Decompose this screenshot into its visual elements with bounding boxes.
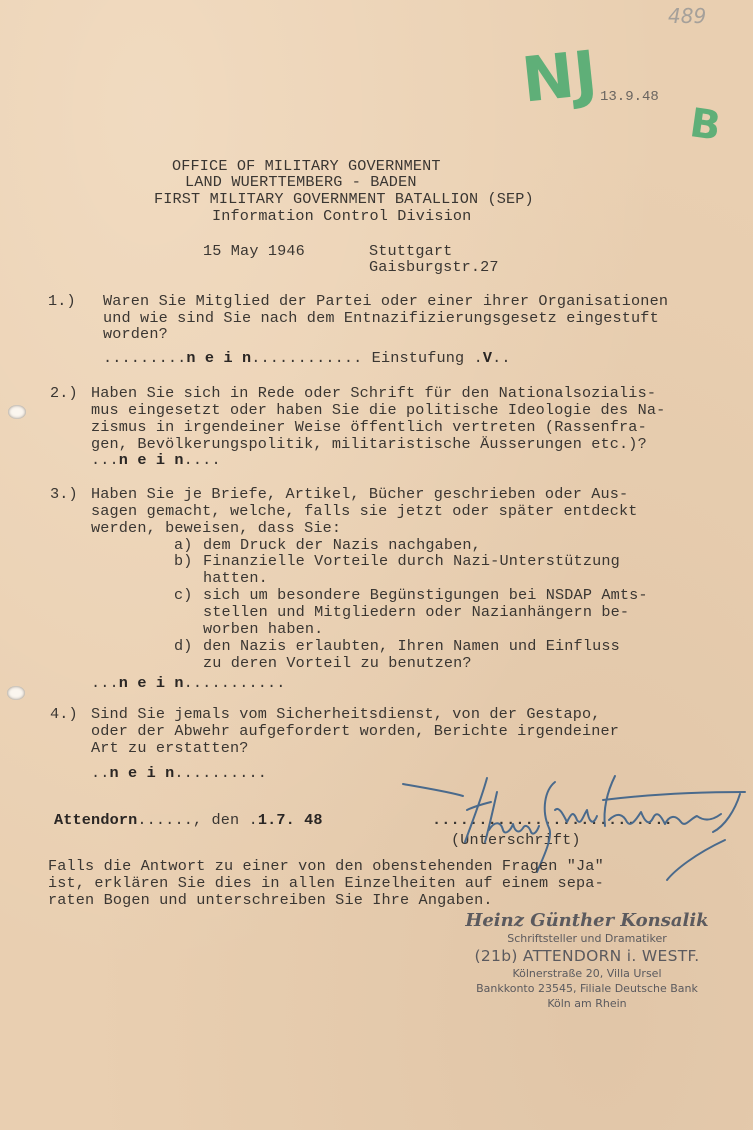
question-1-text: und wie sind Sie nach dem Entnazifizieru…: [103, 310, 659, 326]
stamp-street: Kölnerstraße 20, Villa Ursel: [462, 967, 712, 980]
header-city: Stuttgart: [369, 243, 452, 259]
received-date-stamp: 13.9.48: [600, 89, 659, 105]
header-land: LAND WUERTTEMBERG - BADEN: [185, 174, 417, 190]
question-4-text: Sind Sie jemals vom Sicherheitsdienst, v…: [91, 706, 601, 722]
question-4-answer-line: ..n e i n..........: [91, 765, 267, 781]
stamp-city: (21b) ATTENDORN i. WESTF.: [462, 947, 712, 965]
question-3-number: 3.): [50, 486, 78, 502]
question-3-text: sagen gemacht, welche, falls sie jetzt o…: [91, 503, 638, 519]
header-office: OFFICE OF MILITARY GOVERNMENT: [172, 158, 441, 174]
question-2-answer-line: ...n e i n....: [91, 452, 221, 468]
question-3-answer: n e i n: [119, 674, 184, 692]
question-3c-text: stellen und Mitgliedern oder Nazianhänge…: [203, 604, 629, 620]
question-2-text: Haben Sie sich in Rede oder Schrift für …: [91, 385, 656, 401]
pencil-archive-number: 489: [668, 4, 706, 28]
punch-hole-top: [8, 405, 26, 419]
question-1-answer-line: .........n e i n............ Einstufung …: [103, 350, 511, 366]
green-mark: B: [687, 100, 724, 150]
question-1-text: Waren Sie Mitglied der Partei oder einer…: [103, 293, 668, 309]
question-3b-label: b): [174, 553, 193, 569]
header-address: Gaisburgstr.27: [369, 259, 499, 275]
question-1-text: worden?: [103, 326, 168, 342]
footer-instruction: ist, erklären Sie dies in allen Einzelhe…: [48, 875, 604, 891]
question-3d-text: den Nazis erlaubten, Ihren Namen und Ein…: [203, 638, 620, 654]
question-1-classification: V: [483, 349, 492, 367]
question-2-text: zismus in irgendeiner Weise öffentlich v…: [91, 419, 647, 435]
stamp-bank: Bankkonto 23545, Filiale Deutsche Bank: [462, 982, 712, 995]
header-date: 15 May 1946: [203, 243, 305, 259]
question-1-answer: n e i n: [186, 349, 251, 367]
question-3-text: werden, beweisen, dass Sie:: [91, 520, 341, 536]
signing-date: 1.7.: [258, 811, 295, 829]
question-3b-text: hatten.: [203, 570, 268, 586]
stamp-name: Heinz Günther Konsalik: [462, 910, 712, 931]
question-2-number: 2.): [50, 385, 78, 401]
author-stamp: Heinz Günther Konsalik Schriftsteller un…: [462, 910, 712, 1010]
question-2-text: gen, Bevölkerungspolitik, militaristisch…: [91, 436, 647, 452]
signing-year: 48: [304, 811, 323, 829]
footer-instruction: Falls die Antwort zu einer von den obens…: [48, 858, 604, 874]
question-3a-label: a): [174, 537, 193, 553]
punch-hole-bottom: [7, 686, 25, 700]
question-3c-text: sich um besondere Begünstigungen bei NSD…: [203, 587, 648, 603]
question-3c-label: c): [174, 587, 193, 603]
question-2-answer: n e i n: [119, 451, 184, 469]
question-4-answer: n e i n: [110, 764, 175, 782]
question-3-text: Haben Sie je Briefe, Artikel, Bücher ges…: [91, 486, 628, 502]
question-3b-text: Finanzielle Vorteile durch Nazi-Unterstü…: [203, 553, 620, 569]
question-4-number: 4.): [50, 706, 78, 722]
question-2-text: mus eingesetzt oder haben Sie die politi…: [91, 402, 665, 418]
stamp-profession: Schriftsteller und Dramatiker: [462, 932, 712, 945]
question-4-text: Art zu erstatten?: [91, 740, 249, 756]
signing-place: Attendorn: [54, 811, 137, 829]
question-3-answer-line: ...n e i n...........: [91, 675, 286, 691]
question-4-text: oder der Abwehr aufgefordert worden, Ber…: [91, 723, 619, 739]
question-3d-label: d): [174, 638, 193, 654]
place-date-line: Attendorn......, den .1.7. 48: [54, 812, 323, 828]
header-division: Information Control Division: [212, 208, 471, 224]
header-batallion: FIRST MILITARY GOVERNMENT BATALLION (SEP…: [154, 191, 534, 207]
question-3c-text: worben haben.: [203, 621, 323, 637]
footer-instruction: raten Bogen und unterschreiben Sie Ihre …: [48, 892, 493, 908]
question-1-number: 1.): [48, 293, 76, 309]
green-initials: NJ: [518, 36, 600, 116]
stamp-bank-city: Köln am Rhein: [462, 997, 712, 1010]
question-3d-text: zu deren Vorteil zu benutzen?: [203, 655, 472, 671]
question-3a-text: dem Druck der Nazis nachgaben,: [203, 537, 481, 553]
